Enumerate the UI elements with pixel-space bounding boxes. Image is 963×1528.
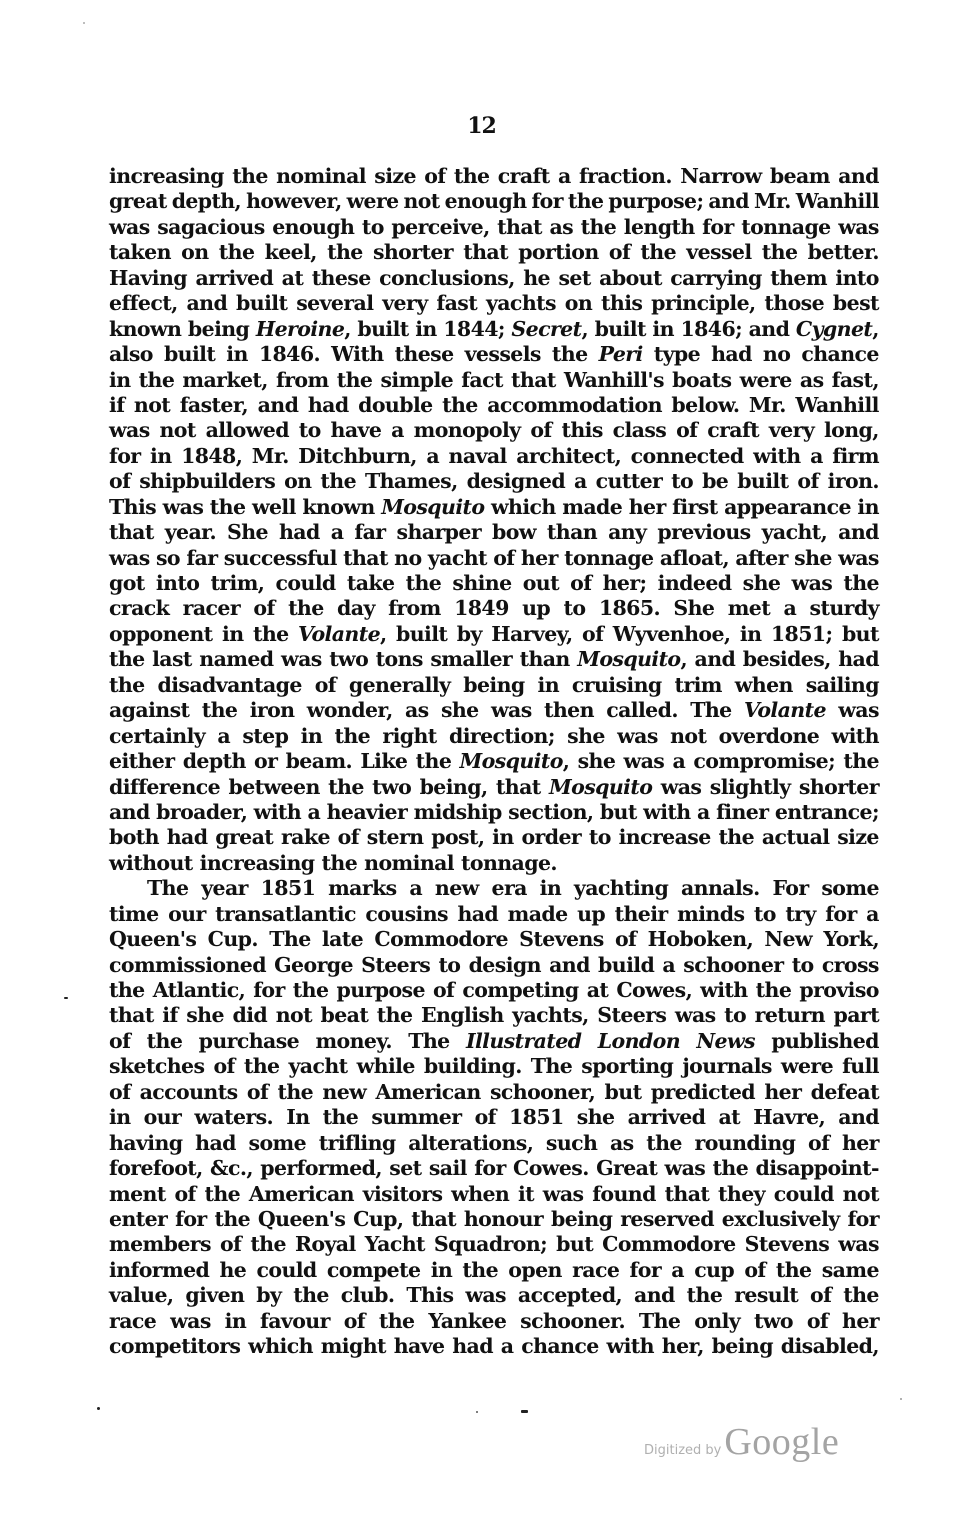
word-part: that — [665, 1182, 710, 1206]
word: of — [213, 1054, 234, 1079]
word: Having — [109, 266, 187, 291]
word-part: at — [282, 266, 304, 290]
word-part: not — [404, 189, 440, 213]
word-part: honour — [464, 1207, 543, 1231]
word-part: she — [743, 571, 781, 595]
word-part: sturdy — [810, 596, 879, 620]
word-part: The — [147, 876, 188, 900]
word-part: yacht — [289, 1054, 348, 1078]
word: had — [711, 342, 752, 367]
word-part: he — [220, 1258, 247, 1282]
word-part: indeed — [658, 571, 732, 595]
word-part: part — [834, 1003, 880, 1027]
word-part: schooner. — [520, 1309, 625, 1333]
word: not — [134, 393, 170, 418]
word: built — [357, 317, 408, 342]
word: it — [518, 1182, 534, 1207]
word-part: order — [521, 825, 581, 849]
word: got — [109, 571, 145, 596]
word-part: Thames, — [365, 469, 458, 493]
word: tonnage. — [461, 851, 557, 876]
text-line: eitherdepthorbeam.LiketheMosquito,shewas… — [109, 749, 879, 774]
word: beat — [320, 1003, 368, 1028]
word-part: as — [405, 698, 429, 722]
text-line: sketchesoftheyachtwhilebuilding.Thesport… — [109, 1054, 879, 1079]
word-part: not — [843, 1182, 879, 1206]
word: vessel — [686, 240, 751, 265]
word-part: a — [783, 596, 796, 620]
word-part: of — [797, 469, 818, 493]
word-part: crack — [109, 596, 169, 620]
italic-title: Mosquito — [549, 775, 652, 799]
word: portion — [518, 240, 598, 265]
word-part: the — [147, 1029, 183, 1053]
word: set — [389, 1156, 421, 1181]
word: iron — [250, 698, 295, 723]
word: had — [838, 647, 879, 672]
word: ment — [109, 1182, 166, 1207]
word: the — [762, 240, 798, 265]
word: far — [354, 520, 385, 545]
word-part: very — [382, 291, 427, 315]
word-part: minds — [677, 902, 744, 926]
word-part: Steers — [361, 953, 430, 977]
word: sporting — [581, 1054, 673, 1079]
word-part: the — [843, 1283, 879, 1307]
italic-title: Mosquito — [460, 749, 563, 773]
word: sail — [429, 1156, 467, 1181]
text-line: increasingthenominalsizeofthecraftafract… — [109, 164, 879, 189]
word-part: and — [708, 189, 749, 213]
word-part: her — [521, 546, 558, 570]
word-part: the — [109, 647, 145, 671]
word: that — [511, 368, 556, 393]
word: if — [162, 1003, 177, 1028]
word-part: Hoboken, — [648, 927, 754, 951]
word: of — [530, 418, 551, 443]
word-part: allowed — [206, 418, 289, 442]
word-part: of — [247, 1080, 268, 1104]
word-part: our — [168, 902, 206, 926]
word-part: might — [321, 1334, 386, 1358]
word-part: being, — [420, 775, 488, 799]
word-part: the — [756, 978, 792, 1002]
word-part: of — [433, 978, 454, 1002]
word: did — [232, 1003, 267, 1028]
word-part: enough — [445, 189, 527, 213]
word: the — [687, 1283, 723, 1308]
word: great — [215, 825, 273, 850]
word-part: summer — [371, 1105, 461, 1129]
word-part: not — [670, 724, 706, 748]
word: day — [337, 596, 375, 621]
word: the — [462, 1258, 498, 1283]
word-part: a — [810, 444, 823, 468]
word-part: these — [395, 342, 454, 366]
word: the — [718, 825, 754, 850]
word-part: successful — [224, 546, 337, 570]
word-part: open — [508, 1258, 562, 1282]
word-part: right — [382, 724, 436, 748]
word-part: the — [646, 1131, 682, 1155]
word: have — [331, 418, 382, 443]
word: annals. — [681, 876, 760, 901]
word-part: racer — [183, 596, 240, 620]
word: or — [254, 749, 277, 774]
word: but — [600, 800, 637, 825]
word: shipbuilders — [139, 469, 275, 494]
word: favour — [260, 1309, 330, 1334]
word-part: This — [109, 495, 156, 519]
word-part: Commodore — [374, 927, 508, 951]
word: step — [242, 724, 288, 749]
word-part: of — [109, 1029, 130, 1053]
text-line: value,givenbytheclub.Thiswasaccepted,and… — [109, 1283, 879, 1308]
word-part: only — [694, 1309, 740, 1333]
word: from — [388, 596, 441, 621]
word-part: competitors — [109, 1334, 240, 1358]
word-part: far — [354, 520, 385, 544]
word-part: previous — [657, 520, 750, 544]
word: and — [186, 291, 227, 316]
word: bow — [492, 520, 536, 545]
word: to — [589, 825, 611, 850]
word-part: in — [109, 1105, 131, 1129]
word-part: the — [713, 1156, 749, 1180]
word-part: York, — [823, 927, 879, 951]
word: Ditchburn, — [298, 444, 417, 469]
word: firm — [832, 444, 879, 469]
word-part: was — [170, 1309, 211, 1333]
word-part: full — [842, 1054, 879, 1078]
word: opponent — [109, 622, 213, 647]
word: her — [764, 1080, 801, 1105]
word-part: bow — [492, 520, 536, 544]
word-part: she — [567, 724, 605, 748]
word-part: the — [250, 1232, 286, 1256]
word: monopoly — [414, 418, 521, 443]
word-part: visitors — [363, 1182, 443, 1206]
word-part: depth — [183, 749, 246, 773]
word: the — [109, 978, 145, 1003]
word-part: have — [394, 1334, 445, 1358]
word: of — [475, 1105, 496, 1130]
word-part: and — [838, 520, 879, 544]
word-part: schooner — [683, 953, 783, 977]
word: accounts — [140, 1080, 238, 1105]
word-part: for — [531, 189, 562, 213]
word-part: sailing — [806, 673, 879, 697]
word: out — [523, 571, 559, 596]
word: visitors — [363, 1182, 443, 1207]
word-part: being — [712, 1334, 773, 1358]
word-part: size — [837, 825, 879, 849]
word: their — [615, 902, 668, 927]
word-part: compete — [327, 1258, 421, 1282]
word: cruising — [572, 673, 662, 698]
word: the — [293, 978, 329, 1003]
word-part: overdone — [719, 724, 820, 748]
word-part: built — [396, 622, 447, 646]
word-part: not — [276, 1003, 312, 1027]
word: of — [315, 673, 336, 698]
word: chance — [801, 342, 879, 367]
word: the — [377, 1003, 413, 1028]
word: was — [170, 1309, 211, 1334]
word: to — [671, 469, 693, 494]
word-part: competing — [462, 978, 578, 1002]
word-part: heavier — [327, 800, 408, 824]
text-line: ofaccountsofthenewAmericanschooner,butpr… — [109, 1080, 879, 1105]
word: &c., — [210, 1156, 253, 1181]
word: purpose — [336, 978, 424, 1003]
word: a — [558, 164, 571, 189]
word-part: no — [763, 342, 790, 366]
word: Mr. — [754, 189, 791, 214]
word-part: connected — [631, 444, 744, 468]
word: no — [394, 546, 421, 571]
word: so — [156, 546, 180, 571]
word-part: for — [175, 1207, 207, 1231]
word-part: long, — [824, 418, 879, 442]
text-line: enterfortheQueen'sCup,thathonourbeingres… — [109, 1207, 879, 1232]
word: she — [441, 698, 479, 723]
word-part: being — [188, 317, 249, 341]
word: the — [379, 1309, 415, 1334]
word-part: the — [322, 851, 358, 875]
word-part: that — [496, 775, 541, 799]
word: our — [168, 902, 206, 927]
word: disadvantage — [158, 673, 302, 698]
word: result — [734, 1283, 798, 1308]
word-part: perceive, — [391, 215, 489, 239]
word-part: to — [589, 825, 611, 849]
word: the — [204, 1182, 240, 1207]
word: carrying — [670, 266, 762, 291]
text-line: forin1848,Mr.Ditchburn,anavalarchitect,c… — [109, 444, 879, 469]
word-part: The — [690, 698, 731, 722]
word: the — [713, 1156, 749, 1181]
word: in — [150, 444, 172, 469]
word: built — [164, 342, 215, 367]
word-part: of — [253, 596, 274, 620]
word: the — [214, 1207, 250, 1232]
word: marks — [328, 876, 397, 901]
word-part: 1849 — [454, 596, 509, 620]
word-part: was — [163, 495, 204, 519]
word: the — [210, 495, 246, 520]
word-part: vessel — [686, 240, 751, 264]
word: Heroine, — [256, 317, 351, 342]
word-part: , — [581, 317, 588, 341]
word: to — [792, 953, 814, 978]
word-part: her — [764, 1080, 801, 1104]
word-part: this — [561, 418, 602, 442]
word-part: difference — [109, 775, 220, 799]
word: from — [276, 368, 329, 393]
word-part: nominal — [364, 851, 454, 875]
word-part: it — [518, 1182, 534, 1206]
word-part: the — [334, 724, 370, 748]
word-part: Mr. — [252, 444, 289, 468]
word-part: depth, — [172, 189, 241, 213]
word: Illustrated — [466, 1029, 581, 1054]
word: the — [843, 1283, 879, 1308]
word-part: commissioned — [109, 953, 266, 977]
word-part: increasing — [109, 164, 224, 188]
word-part: set — [558, 266, 590, 290]
word-part: money. — [315, 1029, 391, 1053]
word-part: so — [156, 546, 180, 570]
word: tons — [376, 647, 423, 672]
word: some — [821, 876, 879, 901]
word: could — [275, 571, 335, 596]
word-part: return — [755, 1003, 825, 1027]
word-part: stern — [367, 825, 424, 849]
word: fast — [436, 291, 477, 316]
word-part: broader, — [156, 800, 247, 824]
text-line: wassagaciousenoughtoperceive,thatasthele… — [109, 215, 879, 240]
word: effect, — [109, 291, 178, 316]
word-part: a — [866, 902, 879, 926]
word-part: a — [331, 520, 344, 544]
word-part: was — [617, 724, 658, 748]
word-part: trim, — [210, 571, 264, 595]
word-part: The — [531, 1054, 572, 1078]
word: of — [174, 1182, 195, 1207]
word: yachts, — [512, 1003, 589, 1028]
word-part: Having — [109, 266, 187, 290]
word-part: of — [570, 571, 591, 595]
word-part: Cowes, — [616, 978, 692, 1002]
word: very — [382, 291, 427, 316]
word: building. — [424, 1054, 522, 1079]
word-part: the — [219, 240, 255, 264]
word-part: defeat — [811, 1080, 879, 1104]
word-part: try — [785, 902, 815, 926]
word-part: yacht — [428, 546, 487, 570]
word-part: a — [501, 1334, 514, 1358]
word-part: yachts — [486, 291, 556, 315]
word: great — [109, 189, 167, 214]
word-part: the — [214, 1207, 250, 1231]
word: Yankee — [428, 1309, 506, 1334]
word: was — [491, 698, 532, 723]
word: previous — [657, 520, 750, 545]
word: defeat — [811, 1080, 879, 1105]
word: of — [338, 825, 359, 850]
italic-title: Mosquito — [381, 495, 484, 519]
scan-speck — [97, 1407, 100, 1410]
word: a — [783, 596, 796, 621]
word-part: at — [587, 978, 609, 1002]
word-part: from — [276, 368, 329, 392]
word-part: trifling — [319, 1131, 396, 1155]
word-part: In — [286, 1105, 309, 1129]
word-part: yachts, — [512, 1003, 589, 1027]
word-part: two — [754, 1309, 793, 1333]
word: try — [785, 902, 815, 927]
word: she — [186, 1003, 224, 1028]
word-part: Stevens — [519, 927, 604, 951]
word: several — [296, 291, 373, 316]
word: at — [282, 266, 304, 291]
word-part: tonnage — [741, 215, 830, 239]
word-part: design — [469, 953, 541, 977]
word: generally — [349, 673, 451, 698]
word: in — [857, 495, 879, 520]
italic-title: Volante — [744, 698, 826, 722]
word: on — [565, 291, 592, 316]
word-part: a — [697, 800, 710, 824]
word-part: better. — [808, 240, 879, 264]
page-number: 12 — [0, 113, 963, 139]
word: competing — [462, 978, 578, 1003]
word-part: built — [737, 469, 788, 493]
word-part: in — [492, 825, 514, 849]
word: but — [556, 1232, 593, 1257]
word: was — [163, 495, 204, 520]
word: be — [702, 469, 728, 494]
word: take — [347, 571, 395, 596]
word: the — [337, 368, 373, 393]
text-line: differencebetweenthetwobeing,thatMosquit… — [109, 775, 879, 800]
word: a — [574, 469, 587, 494]
text-line: ifnotfaster,andhaddoubletheaccommodation… — [109, 393, 879, 418]
word: heavier — [327, 800, 408, 825]
word-part: these — [312, 266, 371, 290]
text-line: bothhadgreatrakeofsternpost,inordertoinc… — [109, 825, 879, 850]
word-part: simple — [380, 368, 453, 392]
word: found — [592, 1182, 656, 1207]
text-line: wassofarsuccessfulthatnoyachtofhertonnag… — [109, 546, 879, 571]
word: as — [549, 215, 573, 240]
word-part: cruising — [572, 673, 662, 697]
word-part: Atlantic, — [153, 978, 245, 1002]
word-part: iron. — [828, 469, 879, 493]
digitized-by-google-watermark: Digitized by Google — [644, 1420, 839, 1464]
word-part: was — [838, 698, 879, 722]
word: but — [605, 1080, 642, 1105]
text-line: wasnotallowedtohaveamonopolyofthisclasso… — [109, 418, 879, 443]
italic-title: Peri — [599, 342, 643, 366]
word-part: her — [842, 1131, 879, 1155]
word: them — [770, 266, 827, 291]
word: was — [661, 775, 702, 800]
word: the — [756, 978, 792, 1003]
word: to — [724, 1003, 746, 1028]
word-part: firm — [832, 444, 879, 468]
word: of — [810, 1283, 831, 1308]
scan-speck — [900, 1398, 902, 1400]
word-part: transatlantic — [215, 902, 356, 926]
word-part: of — [338, 825, 359, 849]
word: given — [185, 1283, 244, 1308]
word-part: chance — [801, 342, 879, 366]
word: either — [109, 749, 174, 774]
word: fact — [461, 368, 503, 393]
word: Mosquito, — [577, 647, 687, 672]
word-part: With — [331, 342, 383, 366]
word-part: rounding — [695, 1131, 796, 1155]
word-part: post, — [431, 825, 484, 849]
word: last — [152, 647, 192, 672]
word: beam. — [286, 749, 353, 774]
word: 1848, — [181, 444, 242, 469]
word: at — [719, 1105, 741, 1130]
italic-title: Mosquito — [577, 647, 680, 671]
word-part: in — [109, 368, 131, 392]
